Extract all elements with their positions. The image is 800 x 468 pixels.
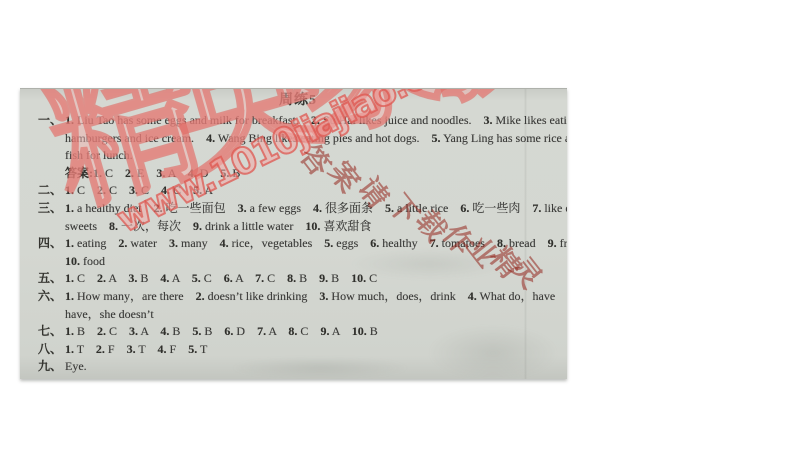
answer-row-text: 1. C 2. C 3. C 4. C 5. A bbox=[65, 183, 213, 197]
answer-row-text: 1. eating 2. water 3. many 4. rice，veget… bbox=[65, 236, 567, 250]
answer-row-text: Eye. bbox=[65, 359, 87, 373]
section-marker: 八、 bbox=[38, 341, 65, 359]
answer-row-text: fish for lunch. bbox=[65, 148, 133, 162]
answer-row-text: sweets 8. 一次，每次 9. drink a little water … bbox=[65, 219, 371, 233]
answer-row-text: have，she doesn’t bbox=[65, 307, 154, 321]
section-marker: 六、 bbox=[38, 288, 65, 306]
answer-row: 七、1. B 2. C 3. A 4. B 5. B 6. D 7. A 8. … bbox=[38, 323, 558, 341]
answer-row: 三、1. a healthy diet 2. 吃一些面包 3. a few eg… bbox=[38, 200, 558, 218]
answer-row: 一、1. Liu Tao has some eggs and milk for … bbox=[38, 112, 558, 130]
answer-row: fish for lunch. bbox=[38, 147, 558, 165]
answer-row: 九、Eye. bbox=[38, 358, 558, 376]
answer-key-text-block: 周练5 一、1. Liu Tao has some eggs and milk … bbox=[38, 92, 558, 376]
section-marker: 二、 bbox=[38, 182, 65, 200]
answer-row-text: hamburgers and ice cream. 4. Wang Bing l… bbox=[65, 131, 567, 145]
answer-row-text: 1. a healthy diet 2. 吃一些面包 3. a few eggs… bbox=[65, 201, 567, 215]
section-marker: 七、 bbox=[38, 323, 65, 341]
answer-row: sweets 8. 一次，每次 9. drink a little water … bbox=[38, 218, 558, 236]
scanned-paper: 周练5 一、1. Liu Tao has some eggs and milk … bbox=[20, 88, 567, 379]
answer-row: 八、1. T 2. F 3. T 4. F 5. T bbox=[38, 341, 558, 359]
page-background: 周练5 一、1. Liu Tao has some eggs and milk … bbox=[0, 0, 800, 468]
section-marker: 四、 bbox=[38, 235, 65, 253]
answer-row: 10. food bbox=[38, 253, 558, 271]
section-marker: 五、 bbox=[38, 270, 65, 288]
answer-row-text: 答案:1. C 2. E 3. A 4. D 5. B bbox=[65, 166, 240, 180]
page-title: 周练5 bbox=[38, 92, 558, 110]
answer-row-text: 1. T 2. F 3. T 4. F 5. T bbox=[65, 342, 207, 356]
answer-row: hamburgers and ice cream. 4. Wang Bing l… bbox=[38, 130, 558, 148]
answer-row-text: 1. C 2. A 3. B 4. A 5. C 6. A 7. C 8. B … bbox=[65, 271, 377, 285]
answer-row: 四、1. eating 2. water 3. many 4. rice，veg… bbox=[38, 235, 558, 253]
answer-row: 五、1. C 2. A 3. B 4. A 5. C 6. A 7. C 8. … bbox=[38, 270, 558, 288]
answer-row: 二、1. C 2. C 3. C 4. C 5. A bbox=[38, 182, 558, 200]
section-marker: 一、 bbox=[38, 112, 65, 130]
section-marker: 三、 bbox=[38, 200, 65, 218]
answer-row: 答案:1. C 2. E 3. A 4. D 5. B bbox=[38, 165, 558, 183]
answer-row-text: 1. How many，are there 2. doesn’t like dr… bbox=[65, 289, 567, 303]
answer-row: 六、1. How many，are there 2. doesn’t like … bbox=[38, 288, 558, 306]
section-marker: 九、 bbox=[38, 358, 65, 376]
answer-row-text: 10. food bbox=[65, 254, 105, 268]
answer-row-text: 1. Liu Tao has some eggs and milk for br… bbox=[65, 113, 567, 127]
answer-row: have，she doesn’t bbox=[38, 306, 558, 324]
answer-row-text: 1. B 2. C 3. A 4. B 5. B 6. D 7. A 8. C … bbox=[65, 324, 378, 338]
